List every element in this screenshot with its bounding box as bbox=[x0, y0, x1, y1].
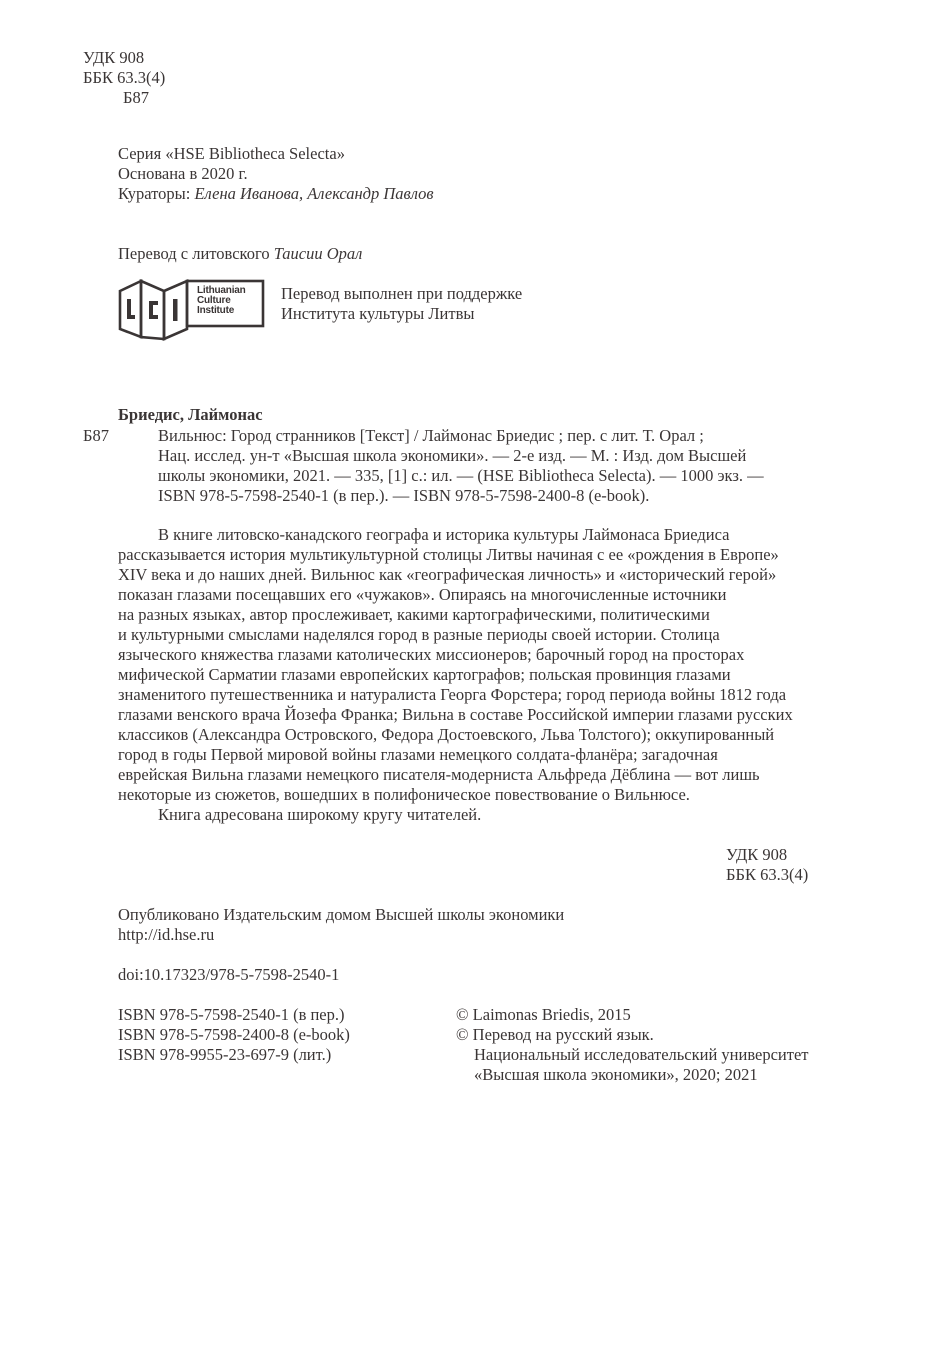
catalog-line: школы экономики, 2021. — 335, [1] с.: ил… bbox=[158, 466, 764, 486]
annotation: В книге литовско-канадского географа и и… bbox=[118, 525, 853, 825]
lci-text-line: Institute bbox=[197, 306, 246, 316]
lci-logo: Lithuanian Culture Institute bbox=[117, 277, 267, 341]
series-info: Серия «HSE Bibliotheca Selecta» Основана… bbox=[118, 144, 434, 204]
annotation-line: глазами венского врача Йозефа Франка; Ви… bbox=[118, 705, 853, 725]
translation-credit: Перевод с литовского Таисии Орал bbox=[118, 244, 362, 264]
annotation-line: рассказывается история мультикультурной … bbox=[118, 545, 853, 565]
isbn-list: ISBN 978-5-7598-2540-1 (в пер.) ISBN 978… bbox=[118, 1005, 350, 1065]
copyright-line: «Высшая школа экономики», 2020; 2021 bbox=[456, 1065, 809, 1085]
annotation-line: показан глазами посещавших его «чужаков»… bbox=[118, 585, 853, 605]
catalog-line: ISBN 978-5-7598-2540-1 (в пер.). — ISBN … bbox=[158, 486, 764, 506]
copyright-line: © Laimonas Briedis, 2015 bbox=[456, 1005, 809, 1025]
annotation-line: мифической Сарматии глазами европейских … bbox=[118, 665, 853, 685]
sponsor-line-2: Института культуры Литвы bbox=[281, 304, 522, 324]
catalog-line: Нац. исслед. ун-т «Высшая школа экономик… bbox=[158, 446, 764, 466]
author-mark: Б87 bbox=[83, 88, 165, 108]
annotation-line: город в годы Первой мировой войны глазам… bbox=[118, 745, 853, 765]
catalog-author-heading: Бриедис, Лаймонас bbox=[118, 405, 263, 425]
annotation-line: классиков (Александра Островского, Федор… bbox=[118, 725, 853, 745]
annotation-audience: Книга адресована широкому кругу читателе… bbox=[118, 805, 853, 825]
series-line: Серия «HSE Bibliotheca Selecta» bbox=[118, 144, 434, 164]
footer-udk: УДК 908 bbox=[726, 845, 808, 865]
annotation-line: некоторые из сюжетов, вошедших в полифон… bbox=[118, 785, 853, 805]
copyright-block: © Laimonas Briedis, 2015 © Перевод на ру… bbox=[456, 1005, 809, 1085]
header-codes: УДК 908 ББК 63.3(4) Б87 bbox=[83, 48, 165, 108]
footer-codes: УДК 908 ББК 63.3(4) bbox=[726, 845, 808, 885]
annotation-line: В книге литовско-канадского географа и и… bbox=[118, 525, 853, 545]
bbk-code: ББК 63.3(4) bbox=[83, 68, 165, 88]
sponsor-text: Перевод выполнен при поддержке Института… bbox=[281, 284, 522, 324]
annotation-line: знаменитого путешественника и натуралист… bbox=[118, 685, 853, 705]
curators-names: Елена Иванова, Александр Павлов bbox=[194, 184, 433, 203]
footer-bbk: ББК 63.3(4) bbox=[726, 865, 808, 885]
annotation-line: языческого княжества глазами католически… bbox=[118, 645, 853, 665]
catalog-mark: Б87 bbox=[83, 426, 109, 446]
doi[interactable]: doi:10.17323/978-5-7598-2540-1 bbox=[118, 965, 339, 985]
curators-label: Кураторы: bbox=[118, 184, 194, 203]
isbn-item: ISBN 978-5-7598-2400-8 (e-book) bbox=[118, 1025, 350, 1045]
series-curators: Кураторы: Елена Иванова, Александр Павло… bbox=[118, 184, 434, 204]
annotation-line: еврейская Вильна глазами немецкого писат… bbox=[118, 765, 853, 785]
udk-code: УДК 908 bbox=[83, 48, 165, 68]
copyright-line: Национальный исследовательский университ… bbox=[456, 1045, 809, 1065]
catalog-line: Вильнюс: Город странников [Текст] / Лайм… bbox=[158, 426, 764, 446]
series-founded: Основана в 2020 г. bbox=[118, 164, 434, 184]
catalog-record-body: Вильнюс: Город странников [Текст] / Лайм… bbox=[158, 426, 764, 506]
sponsor-line-1: Перевод выполнен при поддержке bbox=[281, 284, 522, 304]
copyright-line: © Перевод на русский язык. bbox=[456, 1025, 809, 1045]
lci-logo-text: Lithuanian Culture Institute bbox=[197, 286, 246, 316]
translator-name: Таисии Орал bbox=[274, 244, 363, 263]
annotation-line: и культурными смыслами наделялся город в… bbox=[118, 625, 853, 645]
isbn-item: ISBN 978-9955-23-697-9 (лит.) bbox=[118, 1045, 350, 1065]
annotation-line: на разных языках, автор прослеживает, ка… bbox=[118, 605, 853, 625]
isbn-item: ISBN 978-5-7598-2540-1 (в пер.) bbox=[118, 1005, 350, 1025]
publisher-line: Опубликовано Издательским домом Высшей ш… bbox=[118, 905, 564, 925]
publisher-info: Опубликовано Издательским домом Высшей ш… bbox=[118, 905, 564, 945]
publisher-url[interactable]: http://id.hse.ru bbox=[118, 925, 564, 945]
translation-label: Перевод с литовского bbox=[118, 244, 274, 263]
annotation-line: XIV века и до наших дней. Вильнюс как «г… bbox=[118, 565, 853, 585]
